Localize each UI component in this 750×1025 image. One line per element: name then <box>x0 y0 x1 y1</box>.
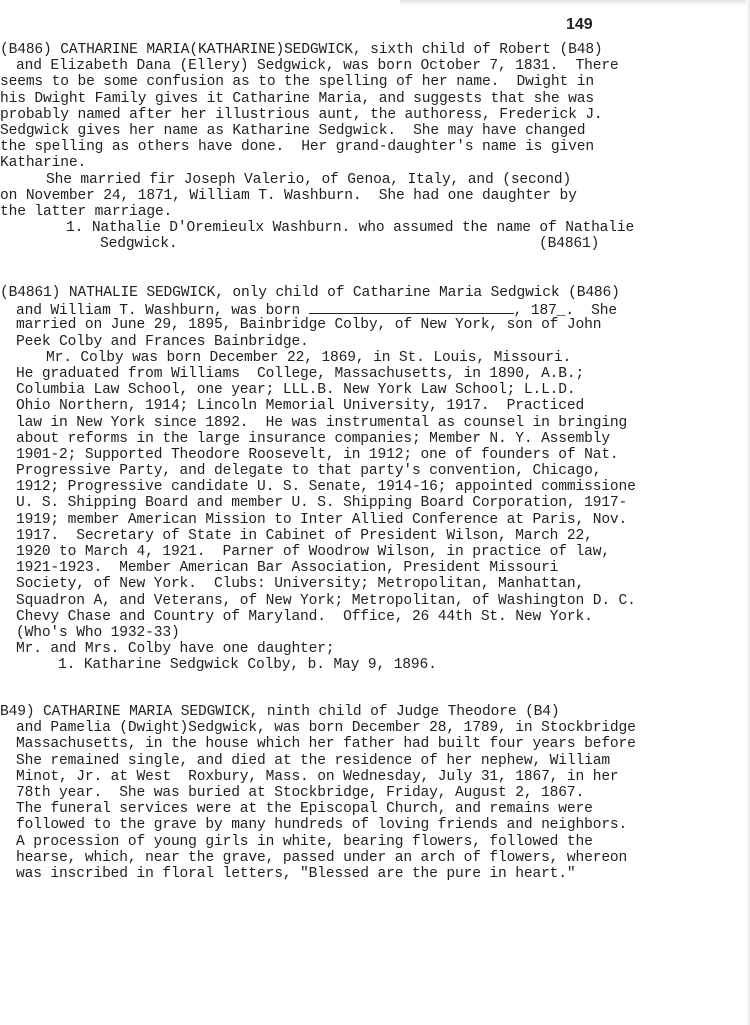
page-number: 149 <box>566 16 593 34</box>
entry-b49: B49) CATHARINE MARIA SEDGWICK, ninth chi… <box>0 704 750 882</box>
text-line: followed to the grave by many hundreds o… <box>0 817 750 833</box>
text-line: Chevy Chase and Country of Maryland. Off… <box>0 609 750 625</box>
entry-heading: (B486) CATHARINE MARIA(KATHARINE)SEDGWIC… <box>0 42 750 58</box>
text-line: Society, of New York. Clubs: University;… <box>0 576 750 592</box>
text-line: Mr. Colby was born December 22, 1869, in… <box>0 350 750 366</box>
text-line: Ohio Northern, 1914; Lincoln Memorial Un… <box>0 398 750 414</box>
text-line: Squadron A, and Veterans, of New York; M… <box>0 593 750 609</box>
text-line: 78th year. She was buried at Stockbridge… <box>0 785 750 801</box>
text-line: Columbia Law School, one year; LLL.B. Ne… <box>0 382 750 398</box>
text-line: 1901-2; Supported Theodore Roosevelt, in… <box>0 447 750 463</box>
text-line: and Elizabeth Dana (Ellery) Sedgwick, wa… <box>0 58 750 74</box>
text-line: seems to be some confusion as to the spe… <box>0 74 750 90</box>
entry-b4861: (B4861) NATHALIE SEDGWICK, only child of… <box>0 285 750 674</box>
child-list-item: 1. Nathalie D'Oremieulx Washburn. who as… <box>0 220 750 236</box>
text-line: about reforms in the large insurance com… <box>0 431 750 447</box>
text-line: (Who's Who 1932-33) <box>0 625 750 641</box>
text-line: the latter marriage. <box>0 204 750 220</box>
text-line: Mr. and Mrs. Colby have one daughter; <box>0 641 750 657</box>
child-list-item-cont: Sedgwick. (B4861) <box>0 236 750 252</box>
text-line: law in New York since 1892. He was instr… <box>0 415 750 431</box>
scan-shadow-top <box>400 0 750 6</box>
text-line: and Pamelia (Dwight)Sedgwick, was born D… <box>0 720 750 736</box>
text-line: 1920 to March 4, 1921. Parner of Woodrow… <box>0 544 750 560</box>
text-line: A procession of young girls in white, be… <box>0 834 750 850</box>
text-line: his Dwight Family gives it Catharine Mar… <box>0 91 750 107</box>
text-line: married on June 29, 1895, Bainbridge Col… <box>0 317 750 333</box>
text-line: 1919; member American Mission to Inter A… <box>0 512 750 528</box>
text-line: Sedgwick gives her name as Katharine Sed… <box>0 123 750 139</box>
text-line: and William T. Washburn, was born , 187_… <box>0 301 750 317</box>
text-line: Peek Colby and Frances Bainbridge. <box>0 334 750 350</box>
text-line: 1917. Secretary of State in Cabinet of P… <box>0 528 750 544</box>
birth-date-blank <box>309 301 514 314</box>
entry-b486: (B486) CATHARINE MARIA(KATHARINE)SEDGWIC… <box>0 42 750 252</box>
text-line: She remained single, and died at the res… <box>0 753 750 769</box>
entry-heading: (B4861) NATHALIE SEDGWICK, only child of… <box>0 285 750 301</box>
text-line: She married fir Joseph Valerio, of Genoa… <box>0 172 750 188</box>
text-line: on November 24, 1871, William T. Washbur… <box>0 188 750 204</box>
text-line: the spelling as others have done. Her gr… <box>0 139 750 155</box>
text-line: He graduated from Williams College, Mass… <box>0 366 750 382</box>
text-line: probably named after her illustrious aun… <box>0 107 750 123</box>
text-line: hearse, which, near the grave, passed un… <box>0 850 750 866</box>
text-line: was inscribed in floral letters, "Blesse… <box>0 866 750 882</box>
child-list-item: 1. Katharine Sedgwick Colby, b. May 9, 1… <box>0 657 750 673</box>
text-line: Massachusetts, in the house which her fa… <box>0 736 750 752</box>
text-line: The funeral services were at the Episcop… <box>0 801 750 817</box>
text-line: Katharine. <box>0 155 750 171</box>
text-line: 1912; Progressive candidate U. S. Senate… <box>0 479 750 495</box>
entry-heading: B49) CATHARINE MARIA SEDGWICK, ninth chi… <box>0 704 750 720</box>
text-line: Progressive Party, and delegate to that … <box>0 463 750 479</box>
text-line: Minot, Jr. at West Roxbury, Mass. on Wed… <box>0 769 750 785</box>
text-line: 1921-1923. Member American Bar Associati… <box>0 560 750 576</box>
text-line: U. S. Shipping Board and member U. S. Sh… <box>0 495 750 511</box>
